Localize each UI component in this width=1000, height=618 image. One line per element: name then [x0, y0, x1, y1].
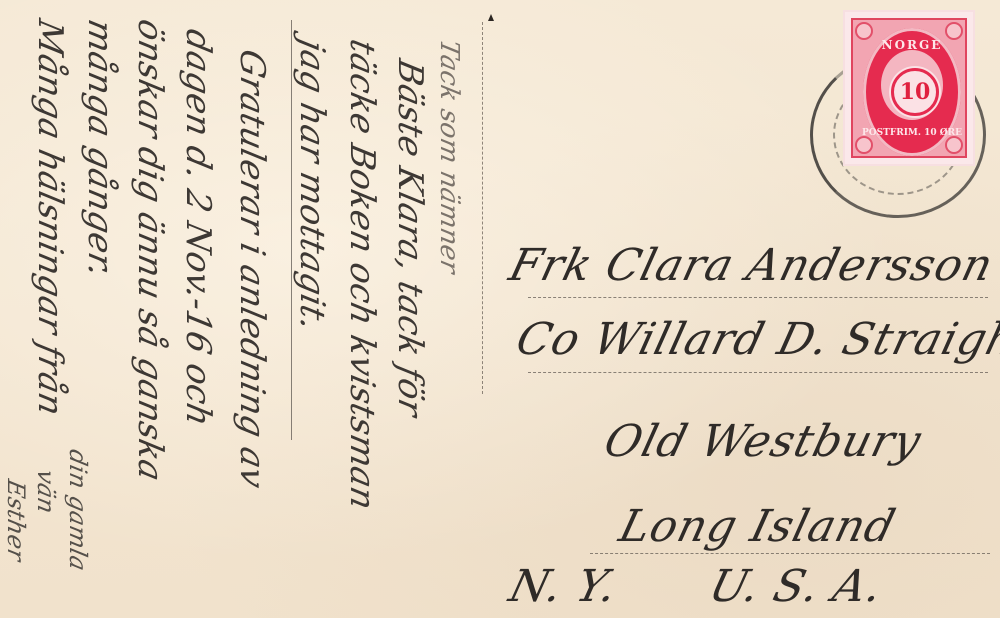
address-state: N. Y. — [505, 565, 622, 609]
message-rule — [291, 20, 292, 440]
stamp-value: 10 — [900, 79, 931, 105]
signature-line: din gamla — [64, 447, 92, 573]
address-guide-line — [528, 372, 988, 373]
stamp-inscription: POSTFRIM. 10 ØRE — [857, 128, 967, 138]
stamp-posthorn-oval: NORGE 10 POSTFRIM. 10 ØRE — [863, 28, 961, 156]
message-line: dagen d. 2 Nov.-16 och — [178, 26, 218, 430]
stamp-corner-ornament-icon — [855, 136, 873, 154]
message-address-divider — [482, 22, 483, 394]
address-town: Old Westbury — [600, 420, 926, 464]
address-guide-line — [528, 297, 988, 298]
message-line: många gånger. — [80, 16, 120, 281]
message-line: Gratulerar i anledning av — [232, 46, 272, 492]
signature-line: vän — [32, 467, 60, 516]
address-recipient: Frk Clara Andersson — [505, 244, 998, 288]
postcard-back: Tack som nämner Bäste Klara, tack för tä… — [0, 0, 1000, 618]
message-line: täcke Boken och kvistsman — [342, 36, 382, 514]
divider-arrow-icon — [488, 14, 494, 21]
postage-stamp: NORGE 10 POSTFRIM. 10 ØRE — [845, 12, 973, 164]
message-line: Bäste Klara, tack för — [390, 56, 430, 420]
address-guide-line — [590, 553, 990, 554]
signature-name: Esther — [2, 477, 30, 564]
stamp-corner-ornament-icon — [945, 136, 963, 154]
message-line: Många hälsningar från — [30, 16, 70, 420]
message-line: jag har mottagit. — [292, 36, 332, 335]
message-line: Tack som nämner — [434, 37, 464, 276]
message-line: önskar dig ännu så ganska — [130, 16, 170, 485]
address-country: U. S. A. — [705, 565, 887, 609]
handwritten-message: Tack som nämner Bäste Klara, tack för tä… — [0, 0, 470, 618]
address-region: Long Island — [615, 505, 900, 549]
address-care-of: Co Willard D. Straight — [512, 318, 1000, 362]
